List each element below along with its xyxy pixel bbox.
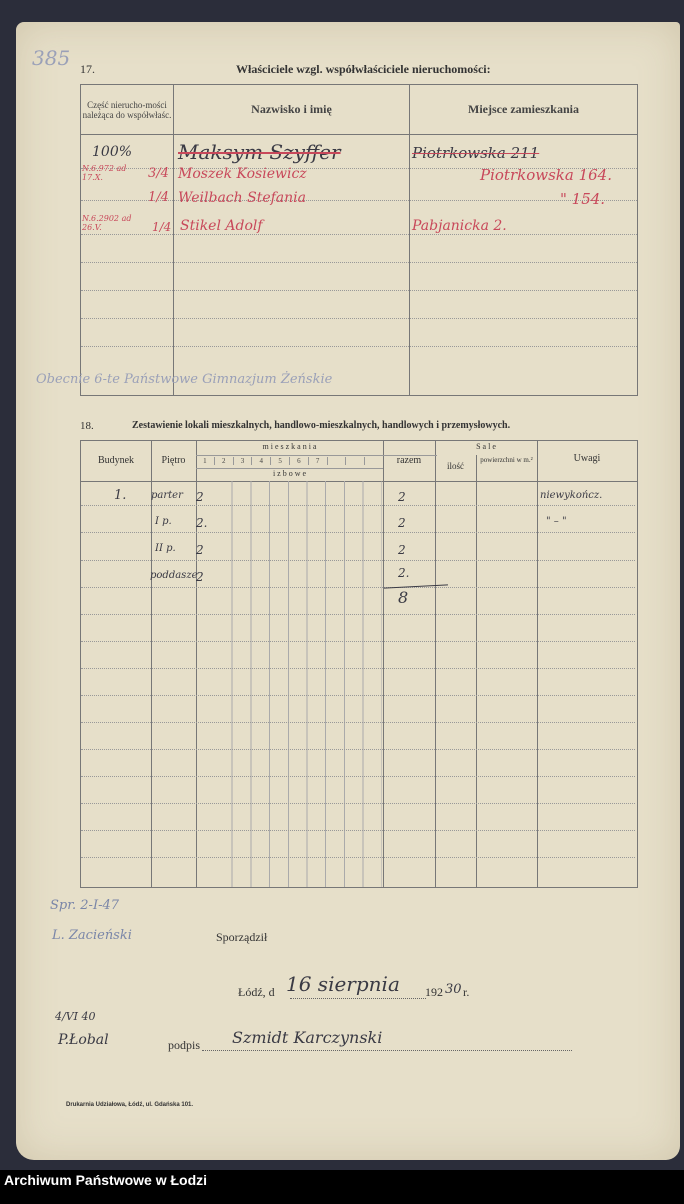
owner1-name: Maksym Szyffer	[178, 140, 341, 164]
row2-pietro: I p.	[155, 516, 172, 527]
owners-table: Część nierucho-mości należąca do współwł…	[80, 84, 638, 396]
owner1-share: 100%	[92, 144, 132, 160]
total-rooms: 8	[398, 588, 408, 607]
owner3-name: Weilbach Stefania	[178, 190, 306, 206]
room-col-2: 2	[215, 457, 234, 465]
year-suffix: 30	[445, 982, 462, 997]
section17-title: Właściciele wzgl. współwłaściciele nieru…	[236, 62, 491, 77]
owner4-share: 1/4	[152, 220, 171, 234]
review-note: Spr. 2-I-47	[50, 898, 119, 913]
header-izbowe: i z b o w e	[196, 469, 383, 478]
owner1-address: Piotrkowska 211	[412, 144, 539, 162]
owner4-share-note: N.6.2902 ad 26.V.	[82, 214, 140, 232]
page-number: 385	[32, 46, 70, 70]
row2-uwagi: " – "	[546, 516, 567, 527]
row1-uwagi: niewykończ.	[540, 490, 602, 501]
year-end: r.	[463, 985, 469, 1000]
header-mieszkania: m i e s z k a n i a	[196, 442, 383, 451]
printer-imprint: Drukarnia Udziałowa, Łódź, ul. Gdańska 1…	[66, 1102, 193, 1108]
row4-pietro: poddasze	[150, 570, 198, 581]
header-sale: S a l e	[435, 442, 537, 451]
owner3-address: " 154.	[560, 190, 605, 208]
owner2-share-note: N.6.972 ad 17.X.	[82, 164, 140, 182]
room-col-4: 4	[252, 457, 271, 465]
header-razem: razem	[383, 455, 435, 466]
section18-title: Zestawienie lokali mieszkalnych, handlow…	[132, 420, 510, 431]
owner3-share: 1/4	[148, 190, 169, 205]
place-label: Łódź, d	[238, 985, 275, 1000]
col-share: Część nierucho-mości należąca do współwł…	[81, 85, 174, 135]
header-ilosc: ilość	[435, 461, 476, 471]
scanned-document: 385 17. Właściciele wzgl. współwłaścicie…	[0, 0, 684, 1170]
row1-rooms: 2	[196, 490, 204, 504]
sporzadzil-label: Sporządził	[216, 930, 267, 945]
row1-budynek: 1.	[114, 488, 126, 503]
row4-rooms: 2	[196, 570, 204, 584]
room-col-3: 3	[234, 457, 253, 465]
owner2-name: Moszek Kosiewicz	[178, 166, 307, 182]
review-signature: L. Zacieński	[52, 928, 132, 943]
date-value: 16 sierpnia	[286, 972, 400, 996]
row1-pietro: parter	[151, 490, 183, 501]
signature: Szmidt Karczynski	[232, 1028, 382, 1047]
col-address: Miejsce zamieszkania	[410, 85, 638, 135]
year-prefix: 192	[425, 985, 443, 1000]
room-col-6: 6	[290, 457, 309, 465]
col-name: Nazwisko i imię	[174, 85, 410, 135]
owner2-address: Piotrkowska 164.	[480, 166, 612, 184]
second-note-date: 4/VI 40	[55, 1010, 96, 1023]
archive-footer: Archiwum Państwowe w Łodzi	[4, 1172, 207, 1188]
header-budynek: Budynek	[81, 455, 151, 466]
header-pietro: Piętro	[151, 455, 196, 466]
podpis-label: podpis	[168, 1038, 200, 1053]
section17-number: 17.	[80, 62, 95, 77]
second-note-signature: P.Łobal	[58, 1032, 109, 1048]
header-uwagi: Uwagi	[537, 453, 637, 464]
room-col-7: 7	[309, 457, 328, 465]
section18-number: 18.	[80, 420, 94, 432]
owner4-address: Pabjanicka 2.	[412, 218, 507, 234]
premises-table: Budynek Piętro m i e s z k a n i a i z b…	[80, 440, 638, 888]
owner2-share: 3/4	[148, 166, 169, 181]
row3-rooms: 2	[196, 543, 204, 557]
row2-razem: 2	[398, 516, 406, 530]
row4-razem: 2.	[398, 566, 409, 580]
header-powierzchni: powierzchni w m.²	[476, 456, 537, 464]
owner4-name: Stikel Adolf	[180, 218, 263, 234]
row2-rooms: 2.	[196, 516, 207, 530]
room-col-5: 5	[271, 457, 290, 465]
row3-razem: 2	[398, 543, 406, 557]
faint-note: Obecnie 6-te Państwowe Gimnazjum Żeńskie	[36, 372, 332, 387]
room-col-1: 1	[196, 457, 215, 465]
row1-razem: 2	[398, 490, 406, 504]
row3-pietro: II p.	[155, 543, 176, 554]
